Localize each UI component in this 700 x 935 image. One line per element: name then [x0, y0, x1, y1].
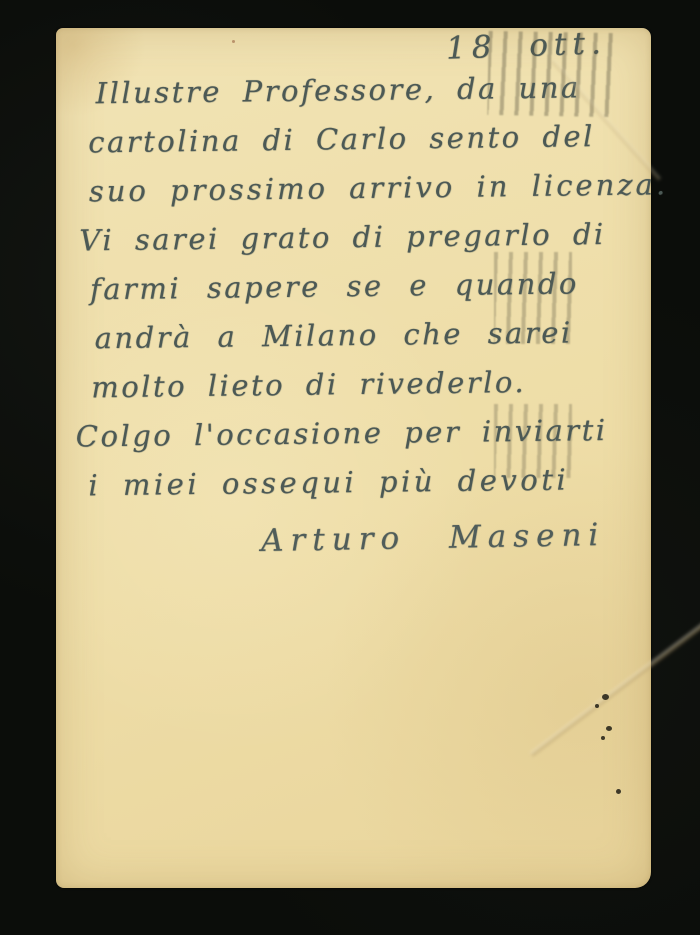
handwritten-line: Vi sarei grato di pregarlo di: [79, 210, 642, 266]
photo-background: 18 ott. Illustre Professore, da una cart…: [0, 0, 700, 935]
handwritten-line: i miei ossequi più devoti: [88, 455, 645, 511]
postcard: 18 ott. Illustre Professore, da una cart…: [56, 28, 651, 888]
paper-stain-dot: [232, 40, 235, 43]
signature: Arturo Maseni: [261, 517, 606, 559]
ink-speckle: [602, 694, 609, 700]
ink-speckle: [616, 789, 621, 794]
handwritten-line: molto lieto di rivederlo.: [91, 357, 644, 413]
handwritten-message: Illustre Professore, da una cartolina di…: [79, 63, 644, 511]
handwritten-line: farmi sapere se e quando: [90, 259, 643, 315]
ink-speckle: [606, 726, 612, 731]
handwritten-line: andrà a Milano che sarei: [94, 308, 643, 364]
ink-speckle: [601, 736, 605, 740]
paper-crease: [530, 614, 700, 756]
handwritten-line: suo prossimo arrivo in licenza.: [89, 161, 642, 217]
handwritten-line: cartolina di Carlo sento del: [88, 112, 641, 168]
ink-speckle: [595, 704, 599, 708]
handwritten-line: Colgo l'occasione per inviarti: [76, 406, 645, 462]
